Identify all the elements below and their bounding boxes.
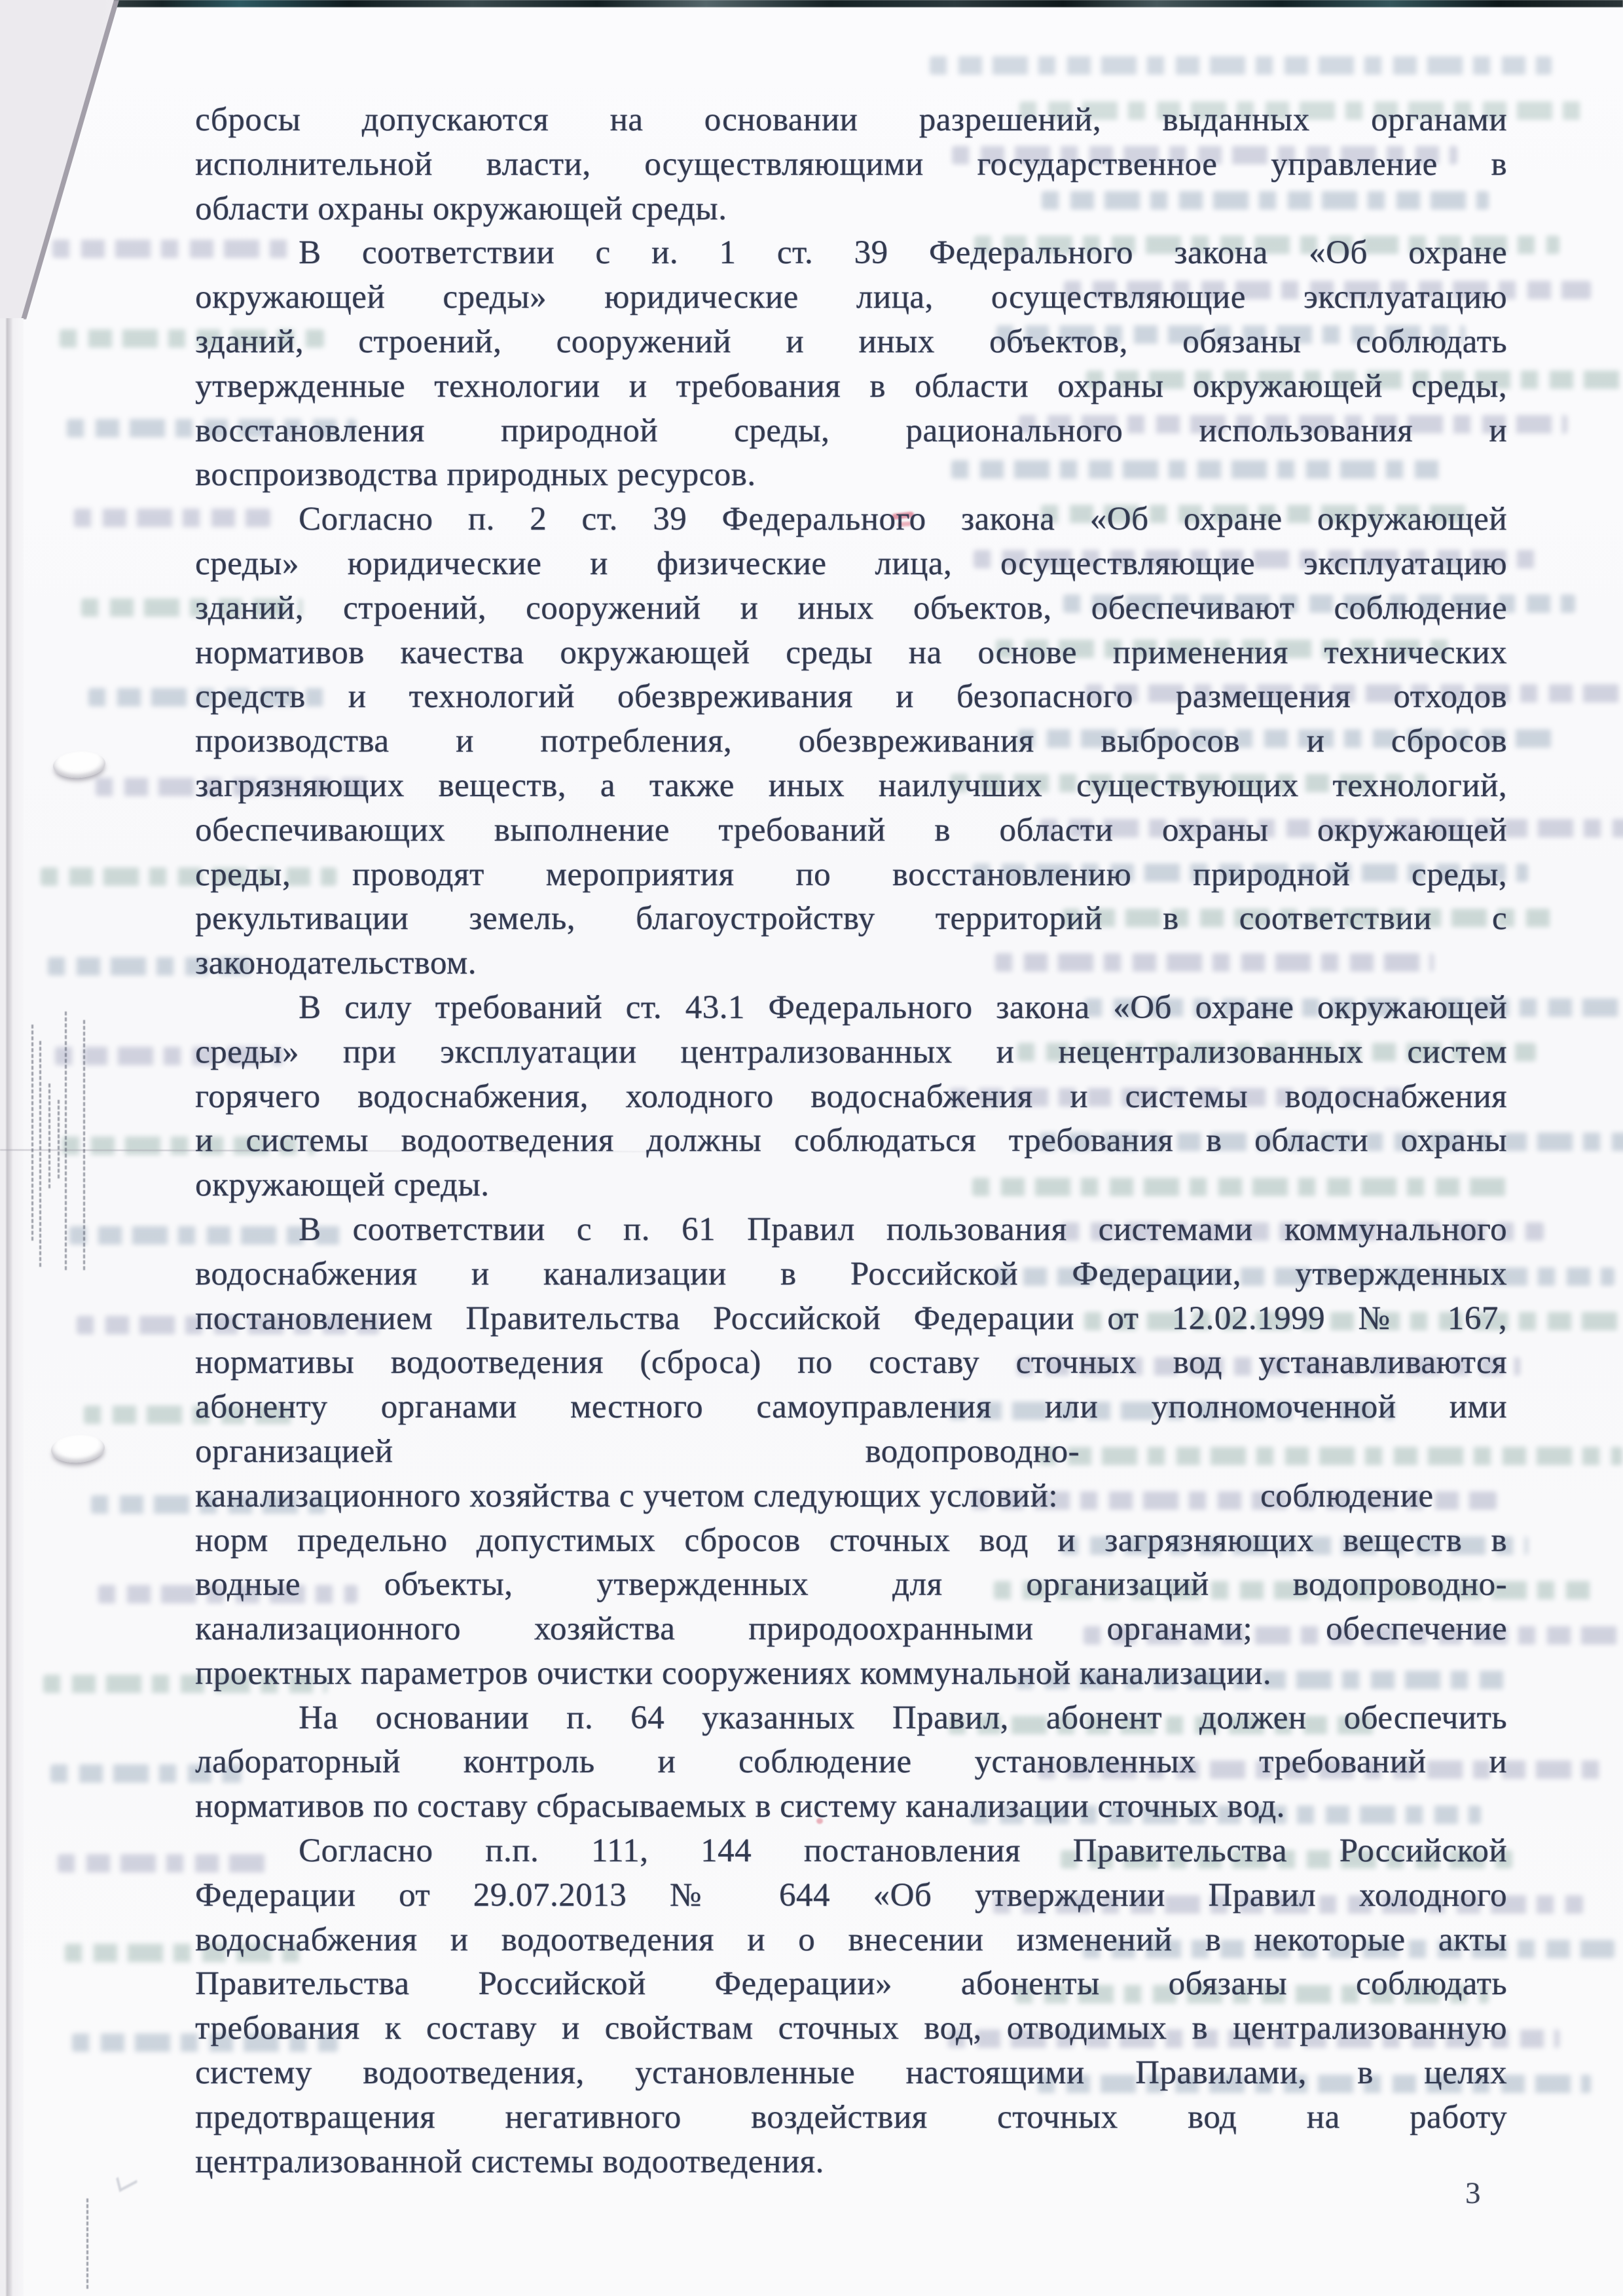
text-line: водоснабжения и водоотведения и о внесен… [195, 1918, 1507, 1963]
text-line: нормативы водоотведения (сброса) по сост… [195, 1341, 1507, 1385]
text-line: В соответствии с п. 61 Правил пользовани… [195, 1208, 1507, 1252]
text-line: среды» при эксплуатации централизованных… [195, 1030, 1507, 1075]
text-line: загрязняющих веществ, а также иных наилу… [195, 764, 1507, 809]
text-line: централизованной системы водоотведения. [195, 2140, 1507, 2185]
text-line: зданий, строений, сооружений и иных объе… [195, 587, 1507, 631]
scratch-line [65, 1011, 67, 1270]
text-line: лабораторный контроль и соблюдение устан… [195, 1740, 1507, 1785]
text-line: области охраны окружающей среды. [195, 187, 1507, 232]
scanned-page: сбросы допускаются на основании разрешен… [0, 0, 1623, 2296]
text-line: обеспечивающих выполнение требований в о… [195, 809, 1507, 853]
document-text: сбросы допускаются на основании разрешен… [195, 98, 1507, 2184]
text-line: производства и потребления, обезвреживан… [195, 720, 1507, 764]
text-line: восстановления природной среды, рационал… [195, 409, 1507, 454]
text-line: В соответствии с и. 1 ст. 39 Федеральног… [195, 231, 1507, 276]
text-line: исполнительной власти, осуществляющими г… [195, 143, 1507, 187]
text-line: В силу требований ст. 43.1 Федерального … [195, 986, 1507, 1030]
text-line: воспроизводства природных ресурсов. [195, 453, 1507, 498]
scanner-edge-artifact [69, 0, 1623, 7]
scratch-line [39, 1041, 41, 1267]
text-line: норм предельно допустимых сбросов сточны… [195, 1519, 1507, 1563]
text-line: сбросы допускаются на основании разрешен… [195, 98, 1507, 143]
text-line: утвержденные технологии и требования в о… [195, 365, 1507, 409]
text-line: канализационного хозяйства природоохранн… [195, 1607, 1507, 1652]
text-line: Федерации от 29.07.2013 № 644 «Об утверж… [195, 1874, 1507, 1918]
text-line: Правительства Российской Федерации» абон… [195, 1962, 1507, 2007]
text-line: среды, проводят мероприятия по восстанов… [195, 853, 1507, 898]
scratch-line [31, 1025, 33, 1241]
ghost-text-stripe [930, 56, 1552, 75]
scratch-line [86, 2198, 88, 2289]
text-line: нормативов по составу сбрасываемых в сис… [195, 1785, 1507, 1829]
text-line: окружающей среды. [195, 1163, 1507, 1208]
text-line: нормативов качества окружающей среды на … [195, 631, 1507, 676]
text-line: Согласно п. 2 ст. 39 Федерального закона… [195, 498, 1507, 542]
text-line: проектных параметров очистки сооружениях… [195, 1652, 1507, 1696]
text-line: водные объекты, утвержденных для организ… [195, 1563, 1507, 1607]
text-line: организацией водопроводно- [195, 1430, 1507, 1474]
text-line: канализационного хозяйства с учетом след… [195, 1474, 1507, 1519]
text-line: законодательством. [195, 941, 1507, 986]
text-line: горячего водоснабжения, холодного водосн… [195, 1075, 1507, 1120]
text-line: абоненту органами местного самоуправлени… [195, 1385, 1507, 1430]
text-line: водоснабжения и канализации в Российской… [195, 1252, 1507, 1297]
text-line: Согласно п.п. 111, 144 постановления Пра… [195, 1829, 1507, 1874]
text-line: требования к составу и свойствам сточных… [195, 2007, 1507, 2051]
scratch-line [48, 1084, 50, 1188]
text-line: окружающей среды» юридические лица, осущ… [195, 276, 1507, 320]
text-line: систему водоотведения, установленные нас… [195, 2051, 1507, 2096]
text-line: и системы водоотведения должны соблюдать… [195, 1119, 1507, 1163]
text-line: средств и технологий обезвреживания и бе… [195, 675, 1507, 720]
page-left-edge [0, 318, 24, 2296]
text-line: предотвращения негативного воздействия с… [195, 2096, 1507, 2140]
text-line: среды» юридические и физические лица, ос… [195, 542, 1507, 587]
scratch-line [83, 1020, 85, 1270]
page-number: 3 [1465, 2174, 1481, 2213]
text-line: рекультивации земель, благоустройству те… [195, 897, 1507, 941]
text-line: На основании п. 64 указанных Правил, або… [195, 1696, 1507, 1741]
text-line: зданий, строений, сооружений и иных объе… [195, 320, 1507, 365]
text-line: постановлением Правительства Российской … [195, 1297, 1507, 1341]
scratch-line [58, 1100, 60, 1178]
